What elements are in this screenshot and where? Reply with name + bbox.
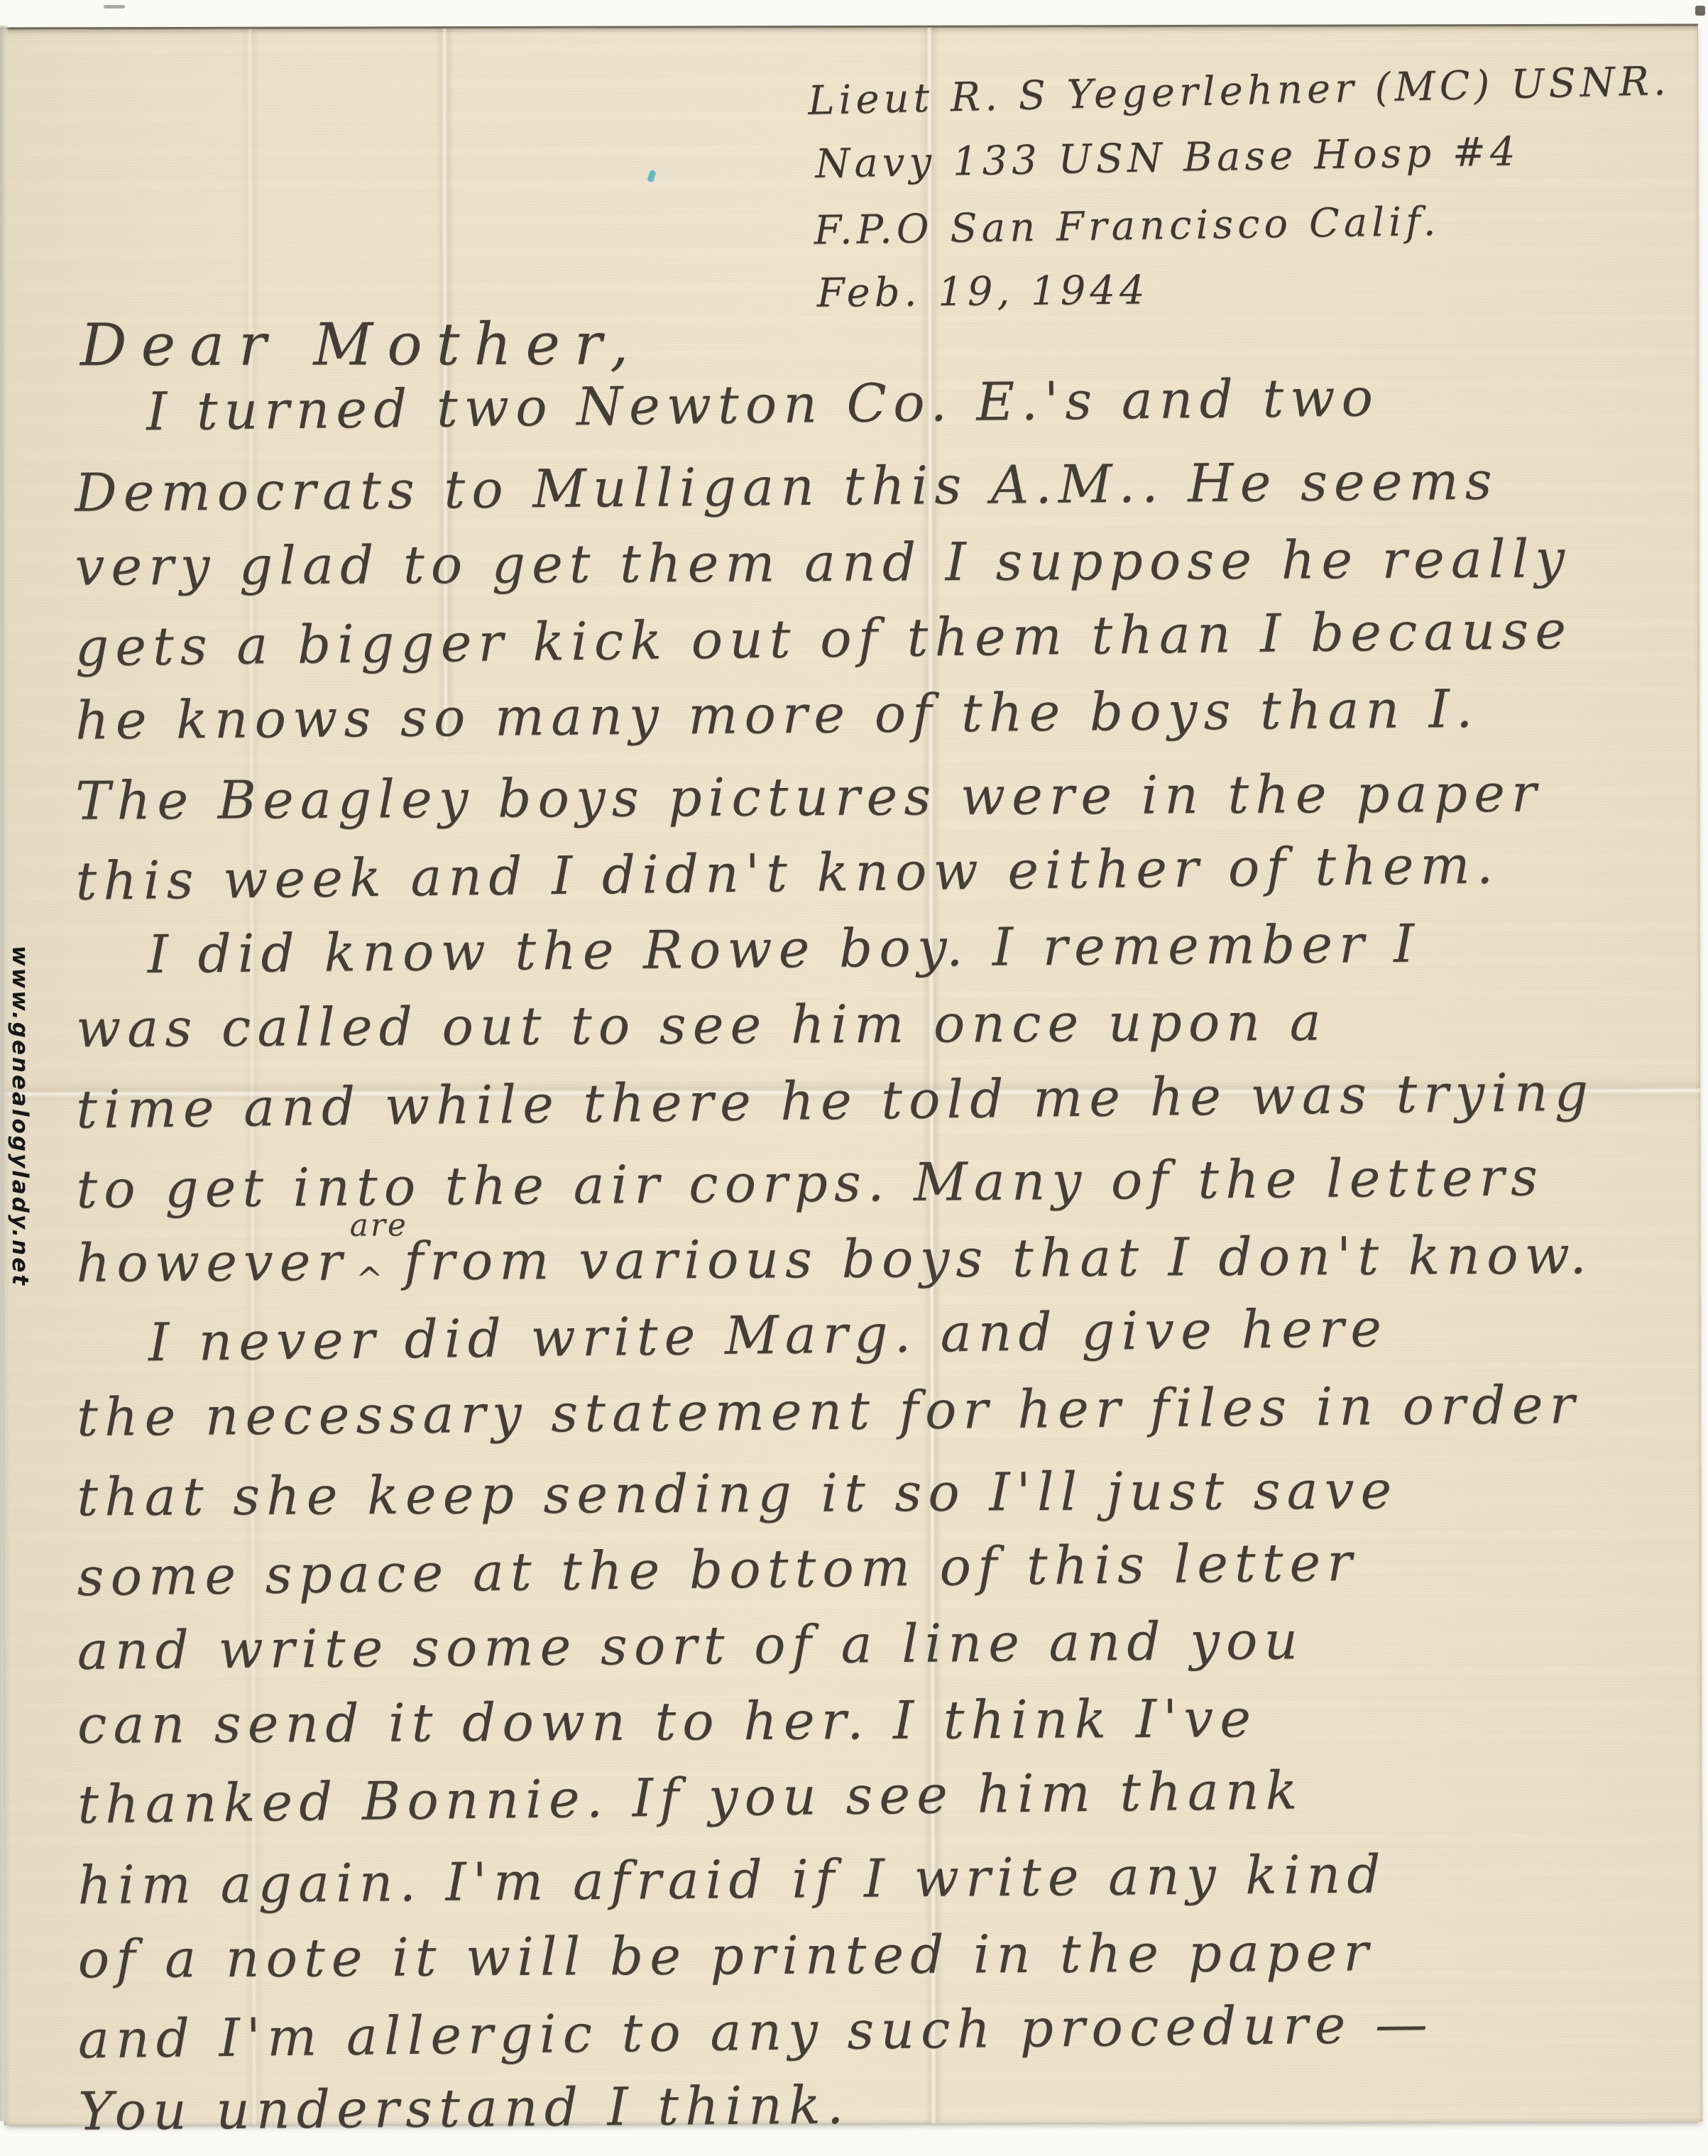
letter-line: of a note it will be printed in the pape…: [77, 1922, 1374, 1990]
scanner-speck: [104, 5, 125, 9]
letter-line: that she keep sending it so I'll just sa…: [77, 1460, 1398, 1528]
letter-line: him again. I'm afraid if I write any kin…: [77, 1844, 1387, 1916]
letter-line: was called out to see him once upon a: [76, 992, 1327, 1060]
date-line: Feb. 19, 1944: [817, 267, 1149, 316]
letter-line: this week and I didn't know either of th…: [75, 834, 1500, 912]
inserted-word: are^: [349, 1272, 404, 1279]
letter-line: I did know the Rowe boy. I remember I: [147, 914, 1420, 985]
watermark-genealogylady: www.genealogylady.net: [7, 946, 33, 1287]
letter-line: to get into the air corps. Many of the l…: [76, 1147, 1544, 1220]
blue-ink-speck: [647, 170, 657, 183]
letter-scan: Lieut R. S Yegerlehner (MC) USNR.Navy 13…: [0, 0, 1708, 2156]
scanner-speck-corner: [1695, 6, 1705, 16]
letter-line: gets a bigger kick out of them than I be…: [75, 600, 1572, 679]
letter-line: Democrats to Mulligan this A.M.. He seem…: [75, 451, 1499, 524]
letter-line: time and while there he told me he was t…: [76, 1062, 1595, 1141]
letter-line: the necessary statement for her files in…: [77, 1374, 1582, 1448]
salutation: Dear Mother,: [80, 311, 643, 380]
letter-line: howeverare^from various boys that I don'…: [76, 1225, 1593, 1294]
letter-line: can send it down to her. I think I've: [77, 1688, 1257, 1756]
letter-line: he knows so many more of the boys than I…: [75, 679, 1479, 752]
address-line: F.P.O San Francisco Calif.: [814, 199, 1440, 254]
letter-line: You understand I think.: [78, 2074, 850, 2142]
letter-line: and write some sort of a line and you: [77, 1610, 1304, 1682]
letter-line: very glad to get them and I suppose he r…: [75, 528, 1571, 597]
letter-line: and I'm allergic to any such procedure —: [77, 1993, 1434, 2070]
letter-paper: Lieut R. S Yegerlehner (MC) USNR.Navy 13…: [0, 23, 1702, 2125]
letter-line: some space at the bottom of this letter: [77, 1532, 1359, 1608]
letter-line: The Beagley boys pictures were in the pa…: [75, 763, 1543, 832]
letter-line: I never did write Marg. and give here: [148, 1298, 1388, 1373]
